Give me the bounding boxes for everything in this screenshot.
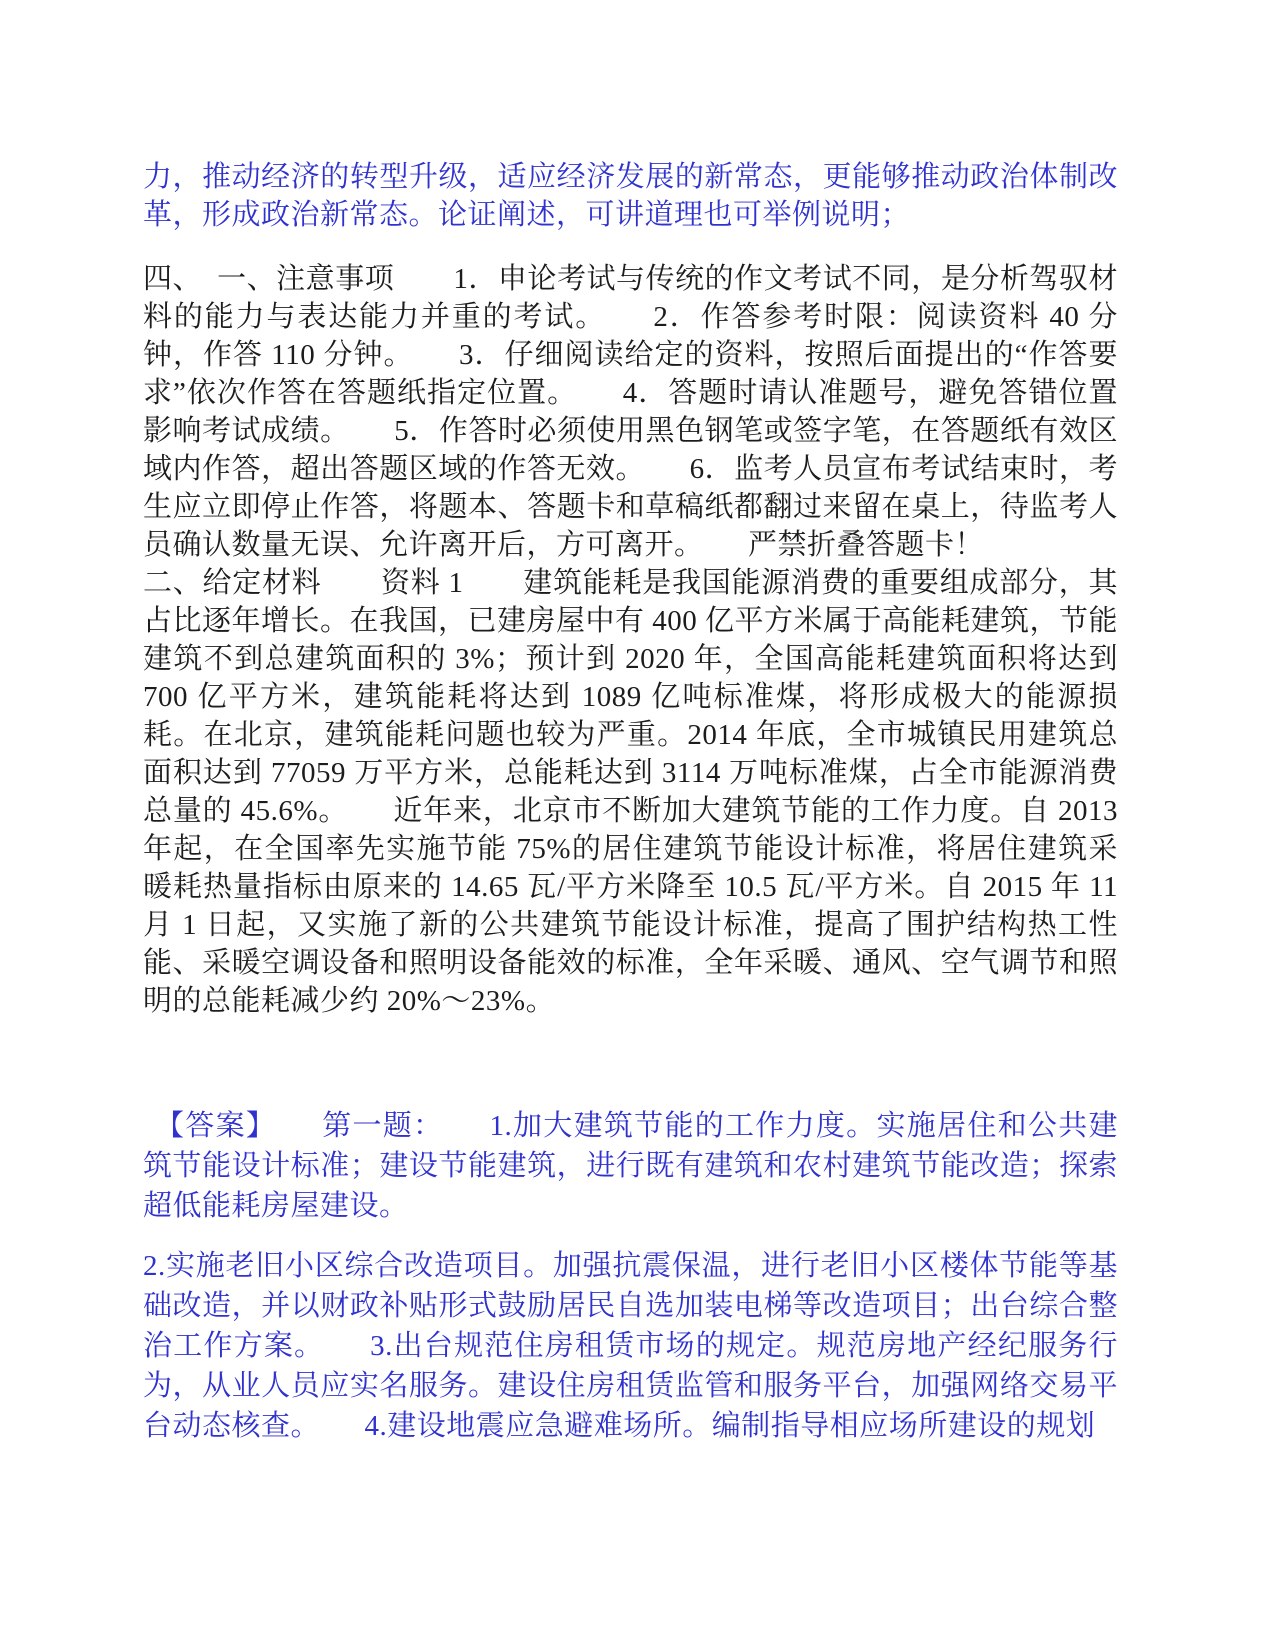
paragraph-exam-notice-items: 四、 一、注意事项 1．申论考试与传统的作文考试不同，是分析驾驭材料的能力与表达…: [143, 260, 1118, 564]
paragraph-answer-question-1: 【答案】 第一题： 1.加大建筑节能的工作力度。实施居住和公共建筑节能设计标准；…: [143, 1106, 1118, 1226]
document-page: 力，推动经济的转型升级，适应经济发展的新常态，更能够推动政治体制改革，形成政治新…: [0, 0, 1275, 1650]
paragraph-answer-items-2-4: 2.实施老旧小区综合改造项目。加强抗震保温，进行老旧小区楼体节能等基础改造，并以…: [143, 1246, 1118, 1446]
paragraph-political-reform-continuation: 力，推动经济的转型升级，适应经济发展的新常态，更能够推动政治体制改革，形成政治新…: [143, 158, 1118, 234]
paragraph-given-material-1: 二、给定材料 资料 1 建筑能耗是我国能源消费的重要组成部分，其占比逐年增长。在…: [143, 564, 1118, 1020]
